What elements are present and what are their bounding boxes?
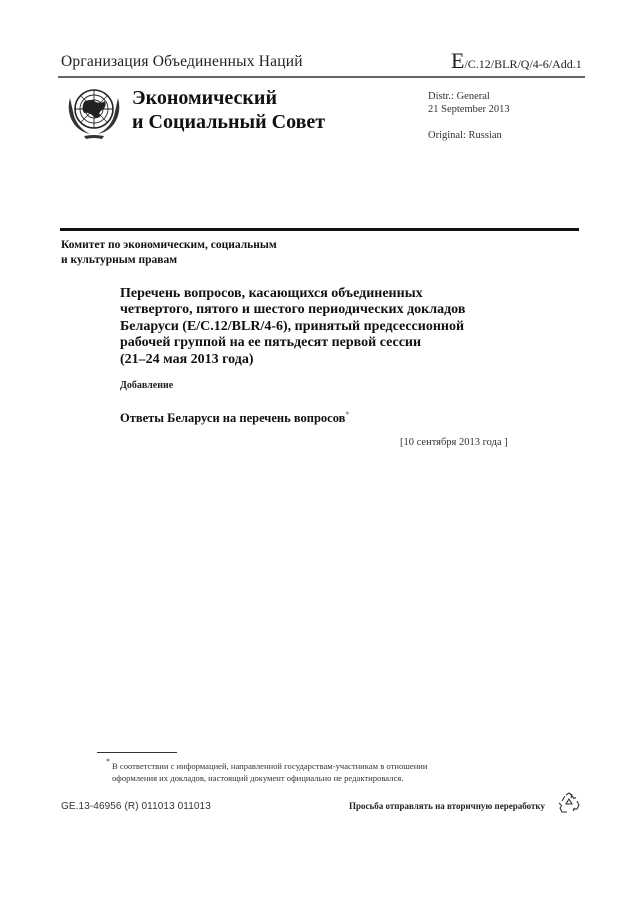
- job-number: GE.13-46956 (R) 011013 011013: [61, 801, 211, 812]
- footnote-rule: [97, 752, 177, 753]
- council-line-1: Экономический: [132, 86, 325, 110]
- section-rule: [60, 228, 579, 231]
- replies-heading: Ответы Беларуси на перечень вопросов*: [120, 410, 349, 426]
- committee-name: Комитет по экономическим, социальным и к…: [61, 238, 277, 268]
- council-name: Экономический и Социальный Совет: [132, 86, 325, 134]
- un-emblem-icon: [62, 80, 126, 144]
- title-line: Перечень вопросов, касающихся объединенн…: [120, 286, 530, 302]
- document-date: 21 September 2013: [428, 103, 510, 116]
- date-note: [10 сентября 2013 года ]: [400, 437, 508, 448]
- footnote-line-1: В соответствии с информацией, направленн…: [112, 760, 532, 772]
- title-line: (21–24 мая 2013 года): [120, 352, 530, 368]
- committee-line-2: и культурным правам: [61, 253, 277, 268]
- footnote-line-2: оформления их докладов, настоящий докуме…: [112, 772, 532, 784]
- recycle-text: Просьба отправлять на вторичную перерабо…: [349, 801, 545, 811]
- distribution: Distr.: General: [428, 90, 510, 103]
- document-symbol: E/C.12/BLR/Q/4-6/Add.1: [451, 50, 582, 72]
- title-line: Беларуси (E/C.12/BLR/4-6), принятый пред…: [120, 319, 530, 335]
- title-line: четвертого, пятого и шестого периодическ…: [120, 302, 530, 318]
- distribution-block: Distr.: General 21 September 2013: [428, 90, 510, 116]
- title-line: рабочей группой на ее пятьдесят первой с…: [120, 335, 530, 351]
- recycle-icon: [557, 791, 581, 815]
- organization-name: Организация Объединенных Наций: [61, 53, 303, 71]
- replies-text: Ответы Беларуси на перечень вопросов: [120, 411, 345, 425]
- symbol-rest: /C.12/BLR/Q/4-6/Add.1: [464, 57, 581, 71]
- footnote-mark: *: [106, 757, 110, 766]
- header-rule: [58, 76, 585, 78]
- document-title: Перечень вопросов, касающихся объединенн…: [120, 286, 530, 368]
- footnote-text: В соответствии с информацией, направленн…: [112, 760, 532, 784]
- council-line-2: и Социальный Совет: [132, 110, 325, 134]
- symbol-first-letter: E: [451, 48, 464, 73]
- footnote-marker[interactable]: *: [345, 410, 349, 419]
- addendum-label: Добавление: [120, 380, 173, 391]
- committee-line-1: Комитет по экономическим, социальным: [61, 238, 277, 253]
- original-language: Original: Russian: [428, 129, 502, 142]
